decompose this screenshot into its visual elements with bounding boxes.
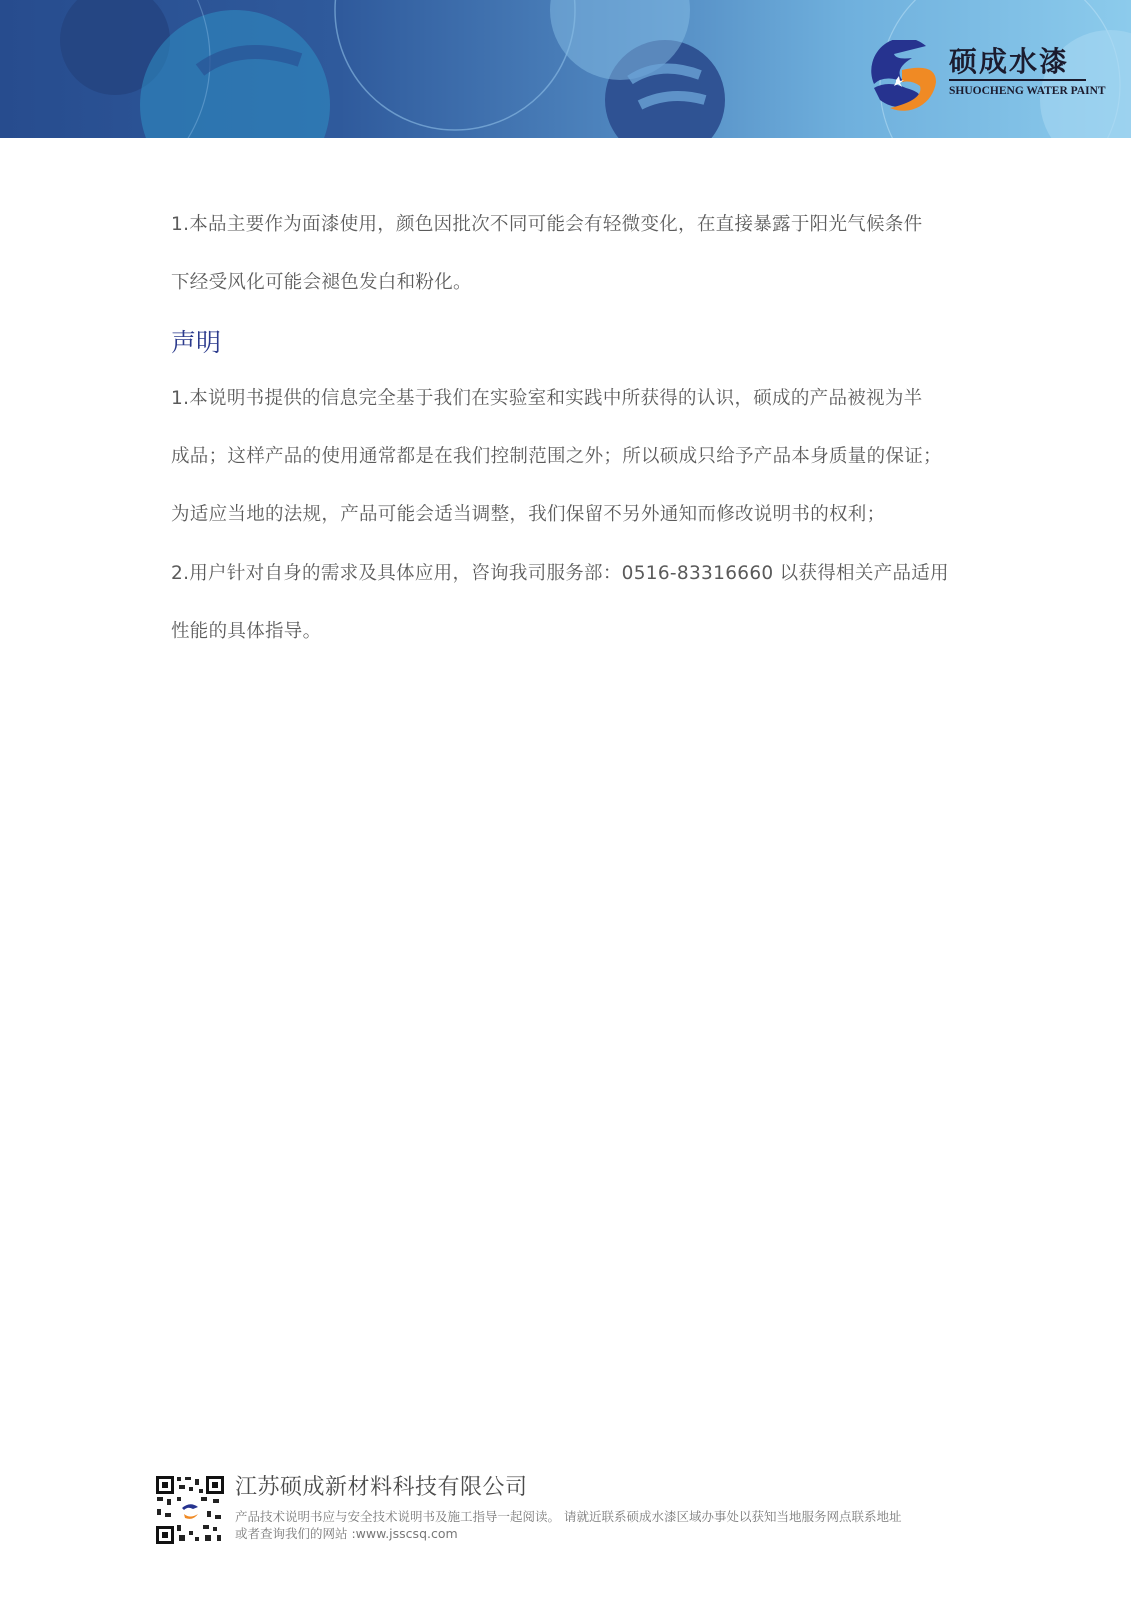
notes-line-1: 1.本品主要作为面漆使用，颜色因批次不同可能会有轻微变化，在直接暴露于阳光气候条… — [171, 210, 922, 236]
notes-line-2: 下经受风化可能会褪色发白和粉化。 — [171, 268, 472, 294]
brand-divider — [949, 79, 1086, 81]
footer-note-line-1: 产品技术说明书应与安全技术说明书及施工指导一起阅读。 请就近联系硕成水漆区域办事… — [235, 1507, 901, 1525]
statement-line-2: 成品；这样产品的使用通常都是在我们控制范围之外；所以硕成只给予产品本身质量的保证… — [171, 442, 942, 468]
shuocheng-logo-icon — [866, 40, 940, 114]
brand-name-cn: 硕成水漆 — [949, 40, 1069, 80]
statement-heading: 声明 — [171, 323, 221, 359]
statement-line-3: 为适应当地的法规，产品可能会适当调整，我们保留不另外通知而修改说明书的权利； — [171, 500, 885, 526]
statement-line-4: 2.用户针对自身的需求及具体应用，咨询我司服务部：0516-83316660 以… — [171, 559, 949, 585]
page-footer: 江苏硕成新材料科技有限公司 产品技术说明书应与安全技术说明书及施工指导一起阅读。… — [155, 1475, 975, 1545]
company-name: 江苏硕成新材料科技有限公司 — [235, 1470, 528, 1501]
statement-line-5: 性能的具体指导。 — [171, 617, 321, 643]
brand-name-en: SHUOCHENG WATER PAINT — [949, 85, 1106, 97]
header-banner: 硕成水漆 SHUOCHENG WATER PAINT — [0, 0, 1131, 138]
statement-line-1: 1.本说明书提供的信息完全基于我们在实验室和实践中所获得的认识，硕成的产品被视为… — [171, 384, 922, 410]
brand-logo: 硕成水漆 SHUOCHENG WATER PAINT — [866, 36, 1086, 108]
qr-code-icon — [155, 1475, 225, 1545]
footer-note-line-2: 或者查询我们的网站 :www.jsscsq.com — [235, 1524, 458, 1542]
